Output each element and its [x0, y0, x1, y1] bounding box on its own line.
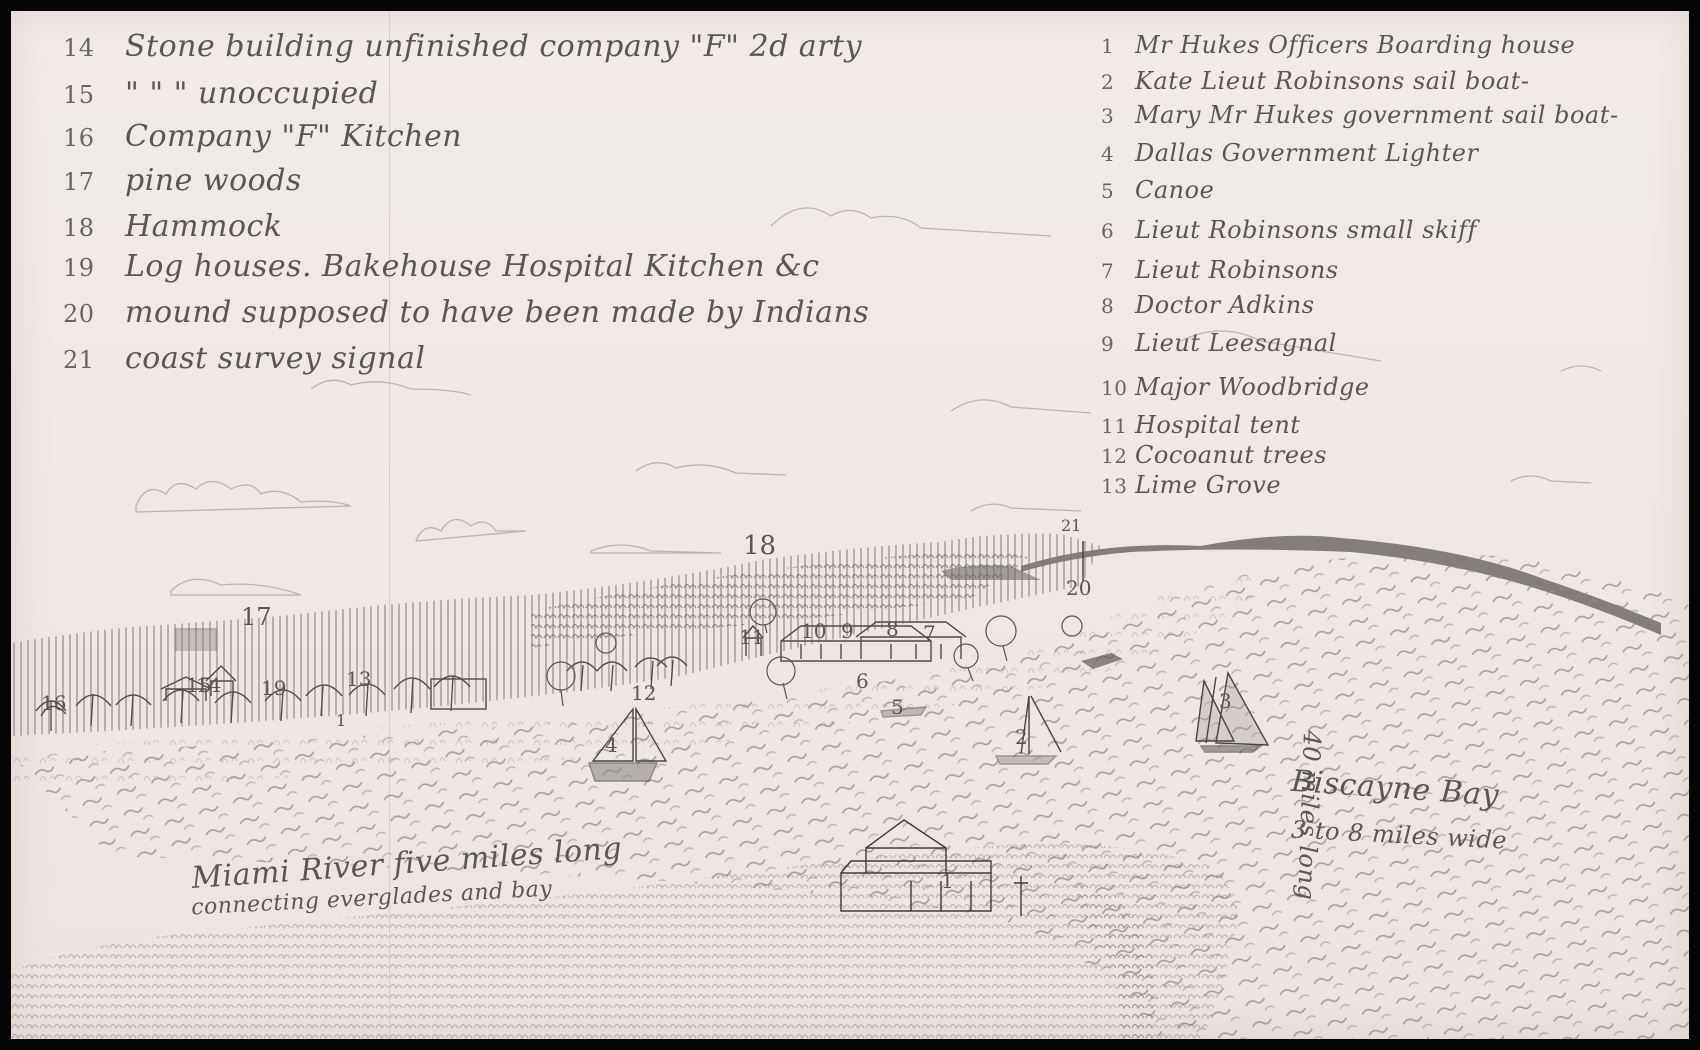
label-14: 14 — [196, 673, 221, 697]
legend-item: 14Stone building unfinished company "F" … — [63, 29, 862, 64]
image-frame: 14Stone building unfinished company "F" … — [0, 0, 1700, 1050]
legend-item: 21coast survey signal — [63, 341, 425, 376]
legend-item: 9Lieut Leesagnal — [1101, 329, 1337, 357]
legend-item: 17pine woods — [63, 163, 302, 198]
label-8: 8 — [886, 617, 899, 641]
legend-item: 13Lime Grove — [1101, 471, 1281, 499]
label-17: 17 — [241, 603, 272, 631]
label-21: 21 — [1061, 516, 1081, 535]
sketch-paper: 14Stone building unfinished company "F" … — [11, 11, 1689, 1039]
label-12: 12 — [631, 681, 656, 705]
label-7: 7 — [923, 621, 936, 645]
legend-item: 8Doctor Adkins — [1101, 291, 1315, 319]
legend-item: 2Kate Lieut Robinsons sail boat- — [1101, 67, 1529, 95]
label-11: 11 — [739, 625, 764, 649]
label-19: 19 — [261, 676, 286, 700]
label-16: 16 — [41, 691, 66, 715]
label-3: 3 — [1219, 689, 1232, 713]
label-20: 20 — [1066, 576, 1091, 600]
label-13: 13 — [346, 667, 371, 691]
label-4: 4 — [605, 733, 618, 757]
legend-item: 19Log houses. Bakehouse Hospital Kitchen… — [63, 249, 820, 284]
legend-item: 12Cocoanut trees — [1101, 441, 1327, 469]
label-9: 9 — [841, 619, 854, 643]
label-10: 10 — [801, 619, 826, 643]
legend-item: 3Mary Mr Hukes government sail boat- — [1101, 101, 1618, 129]
legend-item: 11Hospital tent — [1101, 411, 1300, 439]
legend-item: 4Dallas Government Lighter — [1101, 139, 1478, 167]
legend-item: 1Mr Hukes Officers Boarding house — [1101, 31, 1575, 59]
legend-item: 15" " " unoccupied — [63, 76, 378, 111]
label-1: 1 — [941, 869, 954, 893]
label-6: 6 — [856, 669, 869, 693]
label-18: 18 — [743, 531, 776, 561]
legend-item: 5Canoe — [1101, 176, 1214, 204]
label-12-left: 1 — [336, 711, 346, 730]
label-2: 2 — [1015, 725, 1028, 749]
legend-item: 18Hammock — [63, 209, 282, 244]
legend-item: 7Lieut Robinsons — [1101, 256, 1339, 284]
legend-item: 16Company "F" Kitchen — [63, 119, 462, 154]
label-5: 5 — [891, 695, 904, 719]
bay-length: 40 miles long — [1292, 730, 1326, 901]
legend-item: 6Lieut Robinsons small skiff — [1101, 216, 1477, 244]
legend-item: 10Major Woodbridge — [1101, 373, 1370, 401]
legend-item: 20mound supposed to have been made by In… — [63, 295, 869, 330]
